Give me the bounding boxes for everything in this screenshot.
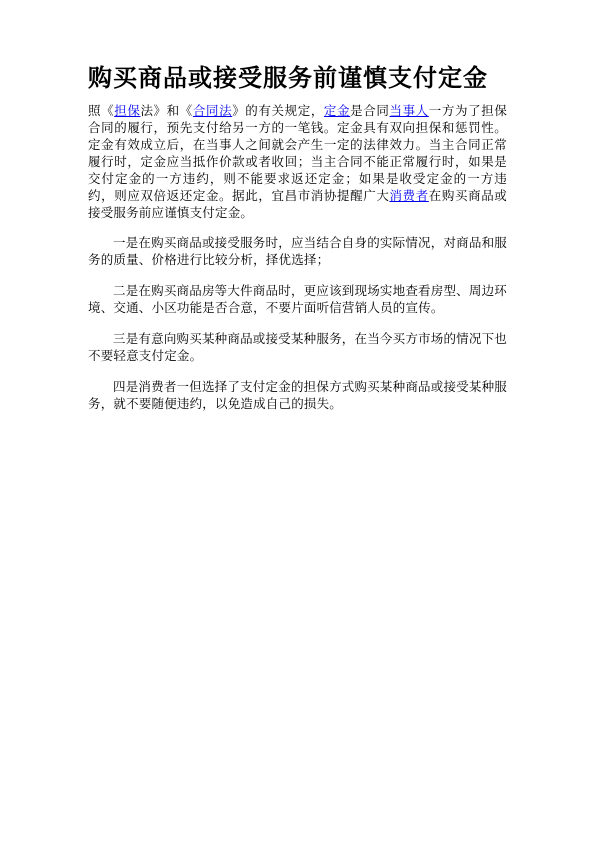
- intro-text-4: 是合同: [350, 104, 389, 118]
- intro-text-3: 》的有关规定，: [232, 104, 324, 118]
- link-party[interactable]: 当事人: [389, 104, 428, 118]
- page-title: 购买商品或接受服务前谨慎支付定金: [88, 64, 507, 94]
- link-deposit[interactable]: 定金: [324, 104, 350, 118]
- point-paragraph-4: 四是消费者一但选择了支付定金的担保方式购买某种商品或接受某种服务，就不要随便违约…: [88, 379, 507, 413]
- document-content: 购买商品或接受服务前谨慎支付定金 照《担保法》和《合同法》的有关规定，定金是合同…: [0, 0, 595, 413]
- link-consumer[interactable]: 消费者: [389, 189, 428, 203]
- link-danbao-law[interactable]: 担保: [114, 104, 140, 118]
- intro-text-2: 法》和《: [140, 104, 192, 118]
- point-paragraph-2: 二是在购买商品房等大件商品时，更应该到现场实地查看房型、周边环境、交通、小区功能…: [88, 283, 507, 317]
- intro-paragraph: 照《担保法》和《合同法》的有关规定，定金是合同当事人一方为了担保合同的履行，预先…: [88, 103, 507, 222]
- point-paragraph-1: 一是在购买商品或接受服务时，应当结合自身的实际情况，对商品和服务的质量、价格进行…: [88, 235, 507, 269]
- point-paragraph-3: 三是有意向购买某种商品或接受某种服务，在当今买方市场的情况下也不要轻意支付定金。: [88, 331, 507, 365]
- intro-text-1: 照《: [88, 104, 114, 118]
- link-contract-law[interactable]: 合同法: [193, 104, 232, 118]
- document-page: 购买商品或接受服务前谨慎支付定金 照《担保法》和《合同法》的有关规定，定金是合同…: [0, 0, 595, 842]
